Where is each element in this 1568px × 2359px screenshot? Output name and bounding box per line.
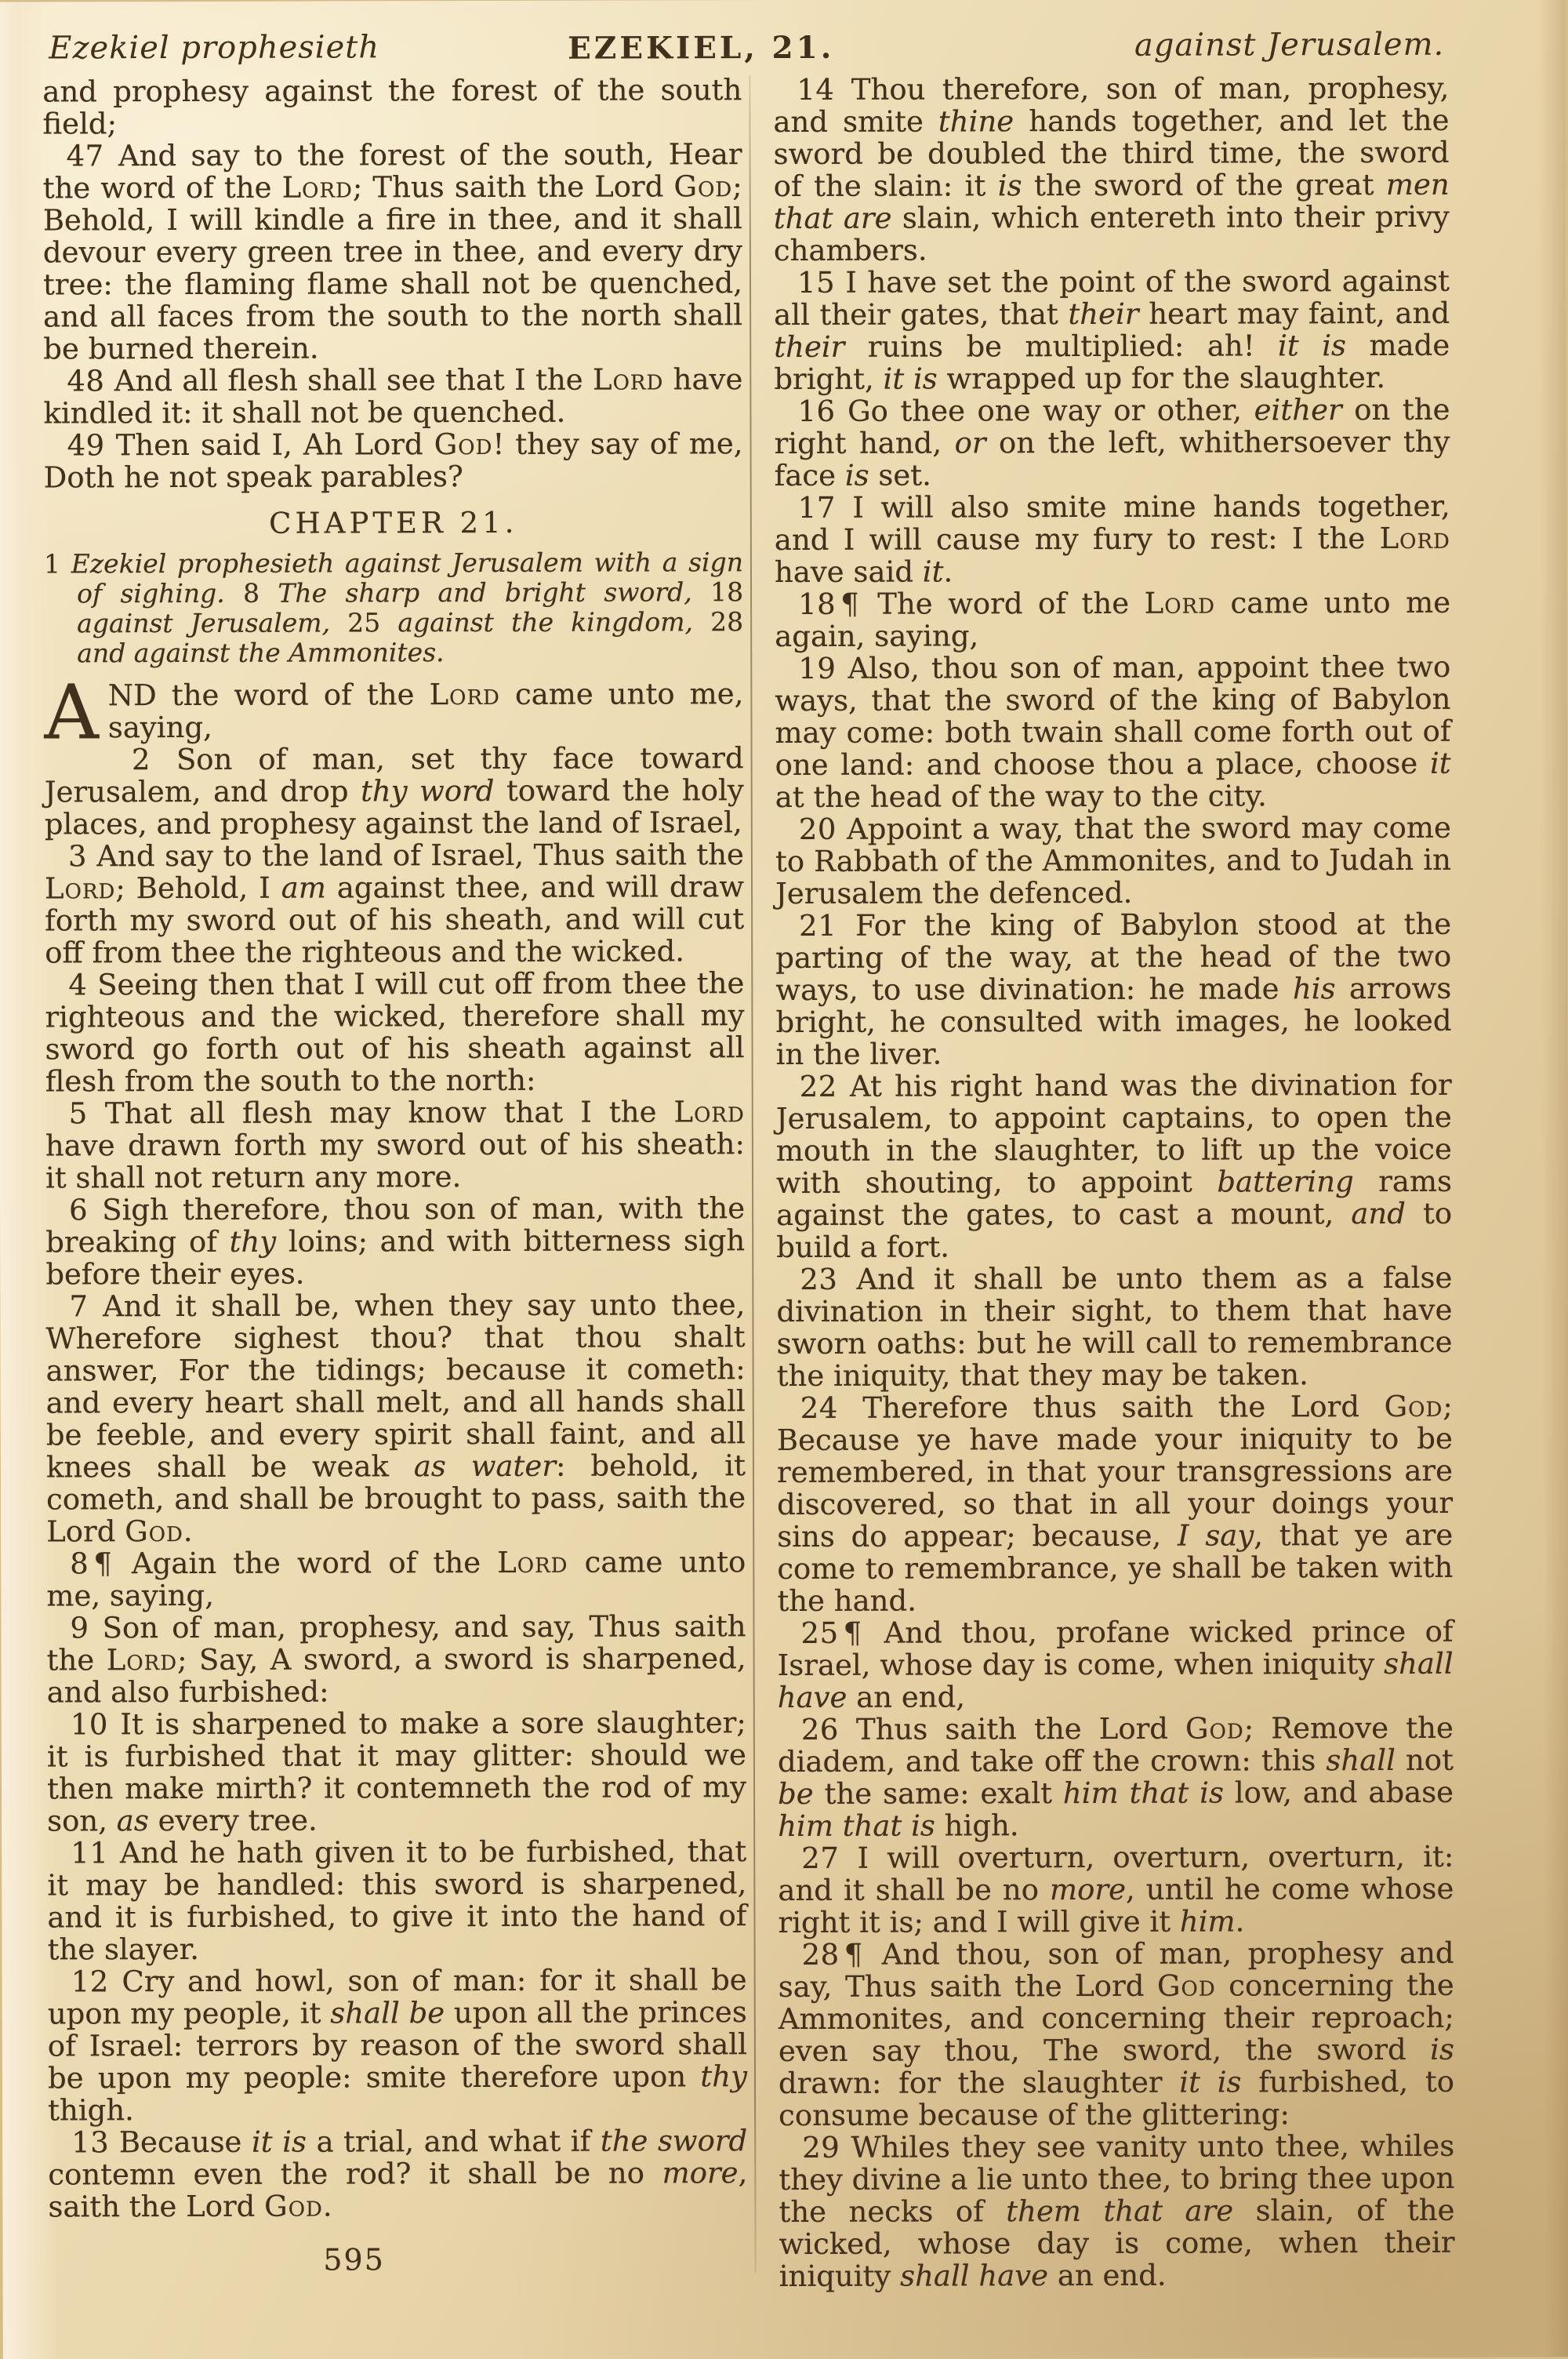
- verse-paragraph: 2 Son of man, set thy face toward Jerusa…: [45, 742, 744, 840]
- divine-name-small-caps: God: [673, 169, 732, 203]
- verse-text: ; Thus saith the Lord: [353, 169, 674, 204]
- divine-name-small-caps: God: [1385, 1390, 1443, 1423]
- verse-paragraph: 9 Son of man, prophesy, and say, Thus sa…: [46, 1610, 746, 1708]
- supplied-word-italic: their: [774, 330, 844, 364]
- running-head-book-title: EZEKIEL, 21.: [528, 30, 873, 67]
- verse-paragraph: 27 I will overturn, overturn, overturn, …: [778, 1841, 1454, 1939]
- supplied-word-italic: am: [281, 871, 326, 905]
- verse-paragraph: 20 Appoint a way, that the sword may com…: [775, 812, 1451, 910]
- verse-paragraph: 24 Therefore thus saith the Lord God; Be…: [777, 1390, 1454, 1617]
- verse-text: And he hath given it to be furbished, th…: [47, 1834, 746, 1966]
- verse-text: heart may faint, and: [1138, 296, 1450, 331]
- divine-name-small-caps: God: [1185, 1711, 1244, 1745]
- divine-name-small-caps: God: [125, 1514, 183, 1548]
- supplied-word-italic: it is: [1179, 2065, 1241, 2099]
- verse-number: 12: [71, 1965, 109, 1998]
- verse-text: .: [323, 2190, 332, 2223]
- verse-paragraph: 14 Thou therefore, son of man, prophesy,…: [773, 72, 1450, 267]
- divine-name-small-caps: Lord: [107, 1643, 177, 1677]
- drop-cap-letter: A: [44, 682, 99, 746]
- pilcrow-mark: ¶: [844, 1938, 863, 1972]
- pilcrow-mark: ¶: [93, 1547, 112, 1580]
- verse-text: The word of the: [877, 587, 1145, 621]
- verse-text: Thus saith the Lord: [856, 1712, 1185, 1747]
- verse-paragraph: 16 Go thee one way or other, either on t…: [774, 394, 1450, 492]
- verse-text: 25: [347, 607, 397, 638]
- divine-name-small-caps: God: [434, 427, 493, 461]
- verse-text: .: [943, 554, 953, 588]
- verse-number: 23: [800, 1263, 837, 1296]
- verse-text: Appoint a way, that the sword may come t…: [775, 811, 1451, 911]
- verse-number: 17: [798, 491, 836, 525]
- verse-text: And it shall be unto them as a false div…: [776, 1261, 1452, 1393]
- verse-number: 11: [71, 1836, 108, 1870]
- verse-text: drawn: for the slaughter: [779, 2066, 1179, 2100]
- verse-number: 2: [132, 743, 151, 776]
- page-number: 595: [284, 2242, 425, 2277]
- verse-paragraph: 49 Then said I, Ah Lord God! they say of…: [43, 427, 742, 493]
- verse-text: wrapped up for the slaughter.: [938, 361, 1385, 395]
- verse-number: 10: [71, 1707, 108, 1741]
- running-head-left: Ezekiel prophesieth: [49, 29, 379, 66]
- supplied-word-italic: thy word: [361, 774, 495, 808]
- chapter-summary: 1 Ezekiel prophesieth against Jerusalem …: [44, 547, 743, 668]
- verse-text: And all flesh shall see that I the: [114, 363, 593, 398]
- supplied-word-italic: I say: [1178, 1518, 1254, 1552]
- verse-number: 5: [69, 1096, 88, 1130]
- supplied-word-italic: thine: [938, 104, 1014, 138]
- supplied-word-italic: be: [778, 1777, 814, 1811]
- supplied-word-italic: against Jerusalem,: [77, 607, 347, 638]
- left-text-column: and prophesy against the forest of the s…: [42, 74, 747, 2223]
- verse-text: 28: [710, 606, 743, 637]
- divine-name-small-caps: God: [264, 2190, 323, 2223]
- supplied-word-italic: it is: [1278, 329, 1346, 362]
- verse-paragraph: 13 Because it is a trial, and what if th…: [48, 2125, 747, 2223]
- verse-number: 21: [799, 909, 837, 943]
- verse-text: and prophesy against the forest of the s…: [42, 73, 742, 140]
- supplied-word-italic: shall have: [900, 2259, 1048, 2292]
- verse-text: And thou, profane wicked prince of Israe…: [778, 1615, 1454, 1682]
- verse-paragraph: 15 I have set the point of the sword aga…: [774, 265, 1450, 395]
- supplied-word-italic: The sharp and bright sword,: [278, 576, 710, 608]
- verse-paragraph: 47 And say to the forest of the south, H…: [43, 138, 743, 365]
- verse-text: Go thee one way or other,: [848, 393, 1254, 427]
- supplied-word-italic: him that is: [1063, 1776, 1224, 1811]
- verse-number: 25: [800, 1616, 838, 1650]
- column-divider-rule: [749, 75, 756, 2273]
- verse-text: Then said I, Ah Lord: [116, 427, 434, 462]
- verse-paragraph: 19 Also, thou son of man, appoint thee t…: [775, 651, 1451, 813]
- verse-paragraph: 6 Sigh therefore, thou son of man, with …: [45, 1192, 745, 1290]
- verse-number: 22: [800, 1070, 837, 1103]
- verse-number: 29: [802, 2131, 840, 2165]
- verse-paragraph: 10 It is sharpened to make a sore slaugh…: [47, 1707, 746, 1837]
- verse-text: That all flesh may know that I the: [105, 1095, 674, 1130]
- divine-name-small-caps: Lord: [593, 362, 663, 396]
- pilcrow-mark: ¶: [844, 1616, 862, 1650]
- continuation-paragraph: and prophesy against the forest of the s…: [42, 74, 742, 140]
- divine-name-small-caps: Lord: [430, 678, 500, 711]
- divine-name-small-caps: Lord: [673, 1095, 744, 1129]
- verse-number: 26: [801, 1713, 839, 1747]
- verse-number: 9: [70, 1611, 89, 1645]
- verse-number: 47: [67, 139, 104, 173]
- verse-text: Again the word of the: [132, 1546, 497, 1580]
- supplied-word-italic: is: [998, 169, 1022, 202]
- verse-number: 4: [68, 968, 87, 1001]
- pilcrow-mark: ¶: [840, 587, 859, 621]
- supplied-word-italic: more: [662, 2156, 739, 2190]
- verse-text: low, and abase: [1224, 1776, 1454, 1810]
- verse-paragraph: 26 Thus saith the Lord God; Remove the d…: [778, 1712, 1454, 1842]
- verse-text: And say to the land of Israel, Thus sait…: [96, 838, 744, 873]
- divine-name-small-caps: Lord: [281, 170, 352, 204]
- verse-text: every tree.: [149, 1804, 318, 1838]
- verse-text: I will also smite mine hands together, a…: [775, 489, 1450, 557]
- verse-text: 8: [243, 578, 278, 609]
- supplied-word-italic: shall be: [330, 1996, 445, 2030]
- verse-text: an end.: [1048, 2259, 1167, 2292]
- verse-text: set.: [869, 459, 931, 493]
- verse-number: 27: [801, 1841, 839, 1875]
- verse-paragraph: 21 For the king of Babylon stood at the …: [775, 908, 1452, 1070]
- verse-paragraph: 28¶ And thou, son of man, prophesy and s…: [779, 1937, 1455, 2132]
- supplied-word-italic: or: [955, 426, 986, 460]
- supplied-word-italic: it is: [883, 362, 937, 395]
- verse-paragraph: 8¶ Again the word of the Lord came unto …: [46, 1546, 746, 1612]
- verse-text: ND the word of the: [108, 678, 430, 712]
- supplied-word-italic: thy: [700, 2059, 747, 2093]
- supplied-word-italic: his: [1293, 972, 1336, 1005]
- verse-number: 14: [797, 73, 834, 107]
- verse-text: have said: [775, 555, 923, 589]
- verse-text: 18: [710, 576, 743, 607]
- verse-text: have drawn forth my sword out of his she…: [45, 1127, 745, 1194]
- supplied-word-italic: thy: [229, 1225, 276, 1259]
- verse-paragraph: 25¶ And thou, profane wicked prince of I…: [777, 1616, 1453, 1714]
- supplied-word-italic: and against the Ammonites.: [77, 637, 444, 668]
- supplied-word-italic: more: [1050, 1873, 1126, 1906]
- verse-text: not: [1396, 1743, 1454, 1777]
- verse-paragraph: 3 And say to the land of Israel, Thus sa…: [45, 838, 744, 969]
- page-right-edge-shading: [1538, 0, 1568, 2357]
- supplied-word-italic: shall: [1326, 1743, 1396, 1777]
- divine-name-small-caps: Lord: [45, 871, 115, 905]
- verse-paragraph: 11 And he hath given it to be furbished,…: [47, 1835, 746, 1965]
- supplied-word-italic: him that is: [778, 1808, 935, 1843]
- verse-text: 1: [44, 548, 71, 579]
- supplied-word-italic: it: [923, 554, 944, 588]
- verse-number: 8: [70, 1547, 89, 1580]
- verse-number: 16: [797, 394, 835, 428]
- verse-paragraph: 4 Seeing then that I will cut off from t…: [45, 967, 744, 1097]
- verse-number: 3: [68, 839, 87, 873]
- verse-number: 28: [802, 1938, 840, 1972]
- verse-paragraph: 48 And all flesh shall see that I the Lo…: [43, 363, 742, 429]
- verse-text: the same: exalt: [814, 1776, 1063, 1811]
- verse-paragraph: 29 Whiles they see vanity unto thee, whi…: [779, 2130, 1455, 2292]
- supplied-word-italic: is: [845, 459, 869, 493]
- verse-text: thigh.: [48, 2093, 134, 2127]
- verse-text: Because: [119, 2125, 252, 2159]
- verse-text: contemn even the rod? it shall be no: [48, 2156, 662, 2191]
- supplied-word-italic: as water: [414, 1449, 556, 1483]
- verse-number: 18: [798, 587, 836, 621]
- supplied-word-italic: them that are: [1006, 2194, 1233, 2229]
- verse-number: 20: [799, 812, 837, 846]
- running-head-right: against Jerusalem.: [1134, 27, 1444, 64]
- supplied-word-italic: it: [1430, 747, 1451, 780]
- verse-text: Therefore thus saith the Lord: [862, 1390, 1384, 1425]
- verse-number: 15: [797, 266, 835, 300]
- verse-number: 13: [71, 2125, 109, 2159]
- verse-paragraph: 18¶ The word of the Lord came unto me ag…: [775, 587, 1450, 652]
- verse-number: 49: [67, 428, 104, 462]
- verse-text: .: [1236, 1904, 1245, 1938]
- verse-paragraph: AND the word of the Lord came unto me, s…: [44, 678, 743, 743]
- verse-number: 48: [67, 364, 104, 398]
- divine-name-small-caps: God: [1157, 1969, 1216, 2003]
- verse-number: 7: [69, 1289, 88, 1323]
- supplied-word-italic: against the kingdom,: [397, 606, 710, 638]
- verse-text: an end,: [847, 1680, 965, 1714]
- verse-paragraph: 17 I will also smite mine hands together…: [775, 490, 1450, 588]
- verse-text: .: [183, 1514, 193, 1548]
- verse-text: Also, thou son of man, appoint thee two …: [775, 650, 1450, 782]
- divine-name-small-caps: Lord: [497, 1546, 568, 1579]
- verse-text: high.: [935, 1808, 1019, 1842]
- supplied-word-italic: him: [1180, 1904, 1236, 1938]
- verse-paragraph: 5 That all flesh may know that I the Lor…: [45, 1096, 745, 1194]
- verse-text: a trial, and what if: [307, 2125, 601, 2159]
- running-header: Ezekiel prophesieth EZEKIEL, 21. against…: [42, 22, 1519, 73]
- verse-text: ; Behold, I: [115, 871, 281, 906]
- verse-text: ruins be multiplied: ah!: [844, 329, 1278, 363]
- verse-number: 19: [798, 652, 836, 685]
- supplied-word-italic: it is: [252, 2125, 307, 2159]
- verse-text: Seeing then that I will cut off from the…: [45, 966, 744, 1098]
- chapter-heading: CHAPTER 21.: [44, 506, 743, 540]
- verse-text: at the head of the way to the city.: [775, 779, 1267, 814]
- supplied-word-italic: battering: [1217, 1165, 1354, 1198]
- supplied-word-italic: the sword: [601, 2124, 748, 2157]
- bible-page-scan: Ezekiel prophesieth EZEKIEL, 21. against…: [0, 0, 1568, 2359]
- verse-paragraph: 23 And it shall be unto them as a false …: [776, 1262, 1452, 1392]
- supplied-word-italic: and: [1351, 1197, 1406, 1230]
- verse-paragraph: 22 At his right hand was the divination …: [776, 1069, 1453, 1263]
- supplied-word-italic: either: [1254, 393, 1342, 427]
- right-text-column: 14 Thou therefore, son of man, prophesy,…: [773, 72, 1454, 2292]
- verse-paragraph: 7 And it shall be, when they say unto th…: [45, 1289, 746, 1547]
- divine-name-small-caps: Lord: [1145, 587, 1215, 620]
- verse-number: 24: [800, 1391, 838, 1425]
- supplied-word-italic: their: [1068, 297, 1138, 331]
- verse-number: 6: [69, 1193, 88, 1227]
- divine-name-small-caps: Lord: [1379, 522, 1450, 555]
- verse-text: the sword of the great: [1022, 168, 1386, 202]
- supplied-word-italic: is: [1430, 2033, 1454, 2066]
- supplied-word-italic: as: [117, 1804, 149, 1837]
- verse-paragraph: 12 Cry and howl, son of man: for it shal…: [48, 1964, 748, 2126]
